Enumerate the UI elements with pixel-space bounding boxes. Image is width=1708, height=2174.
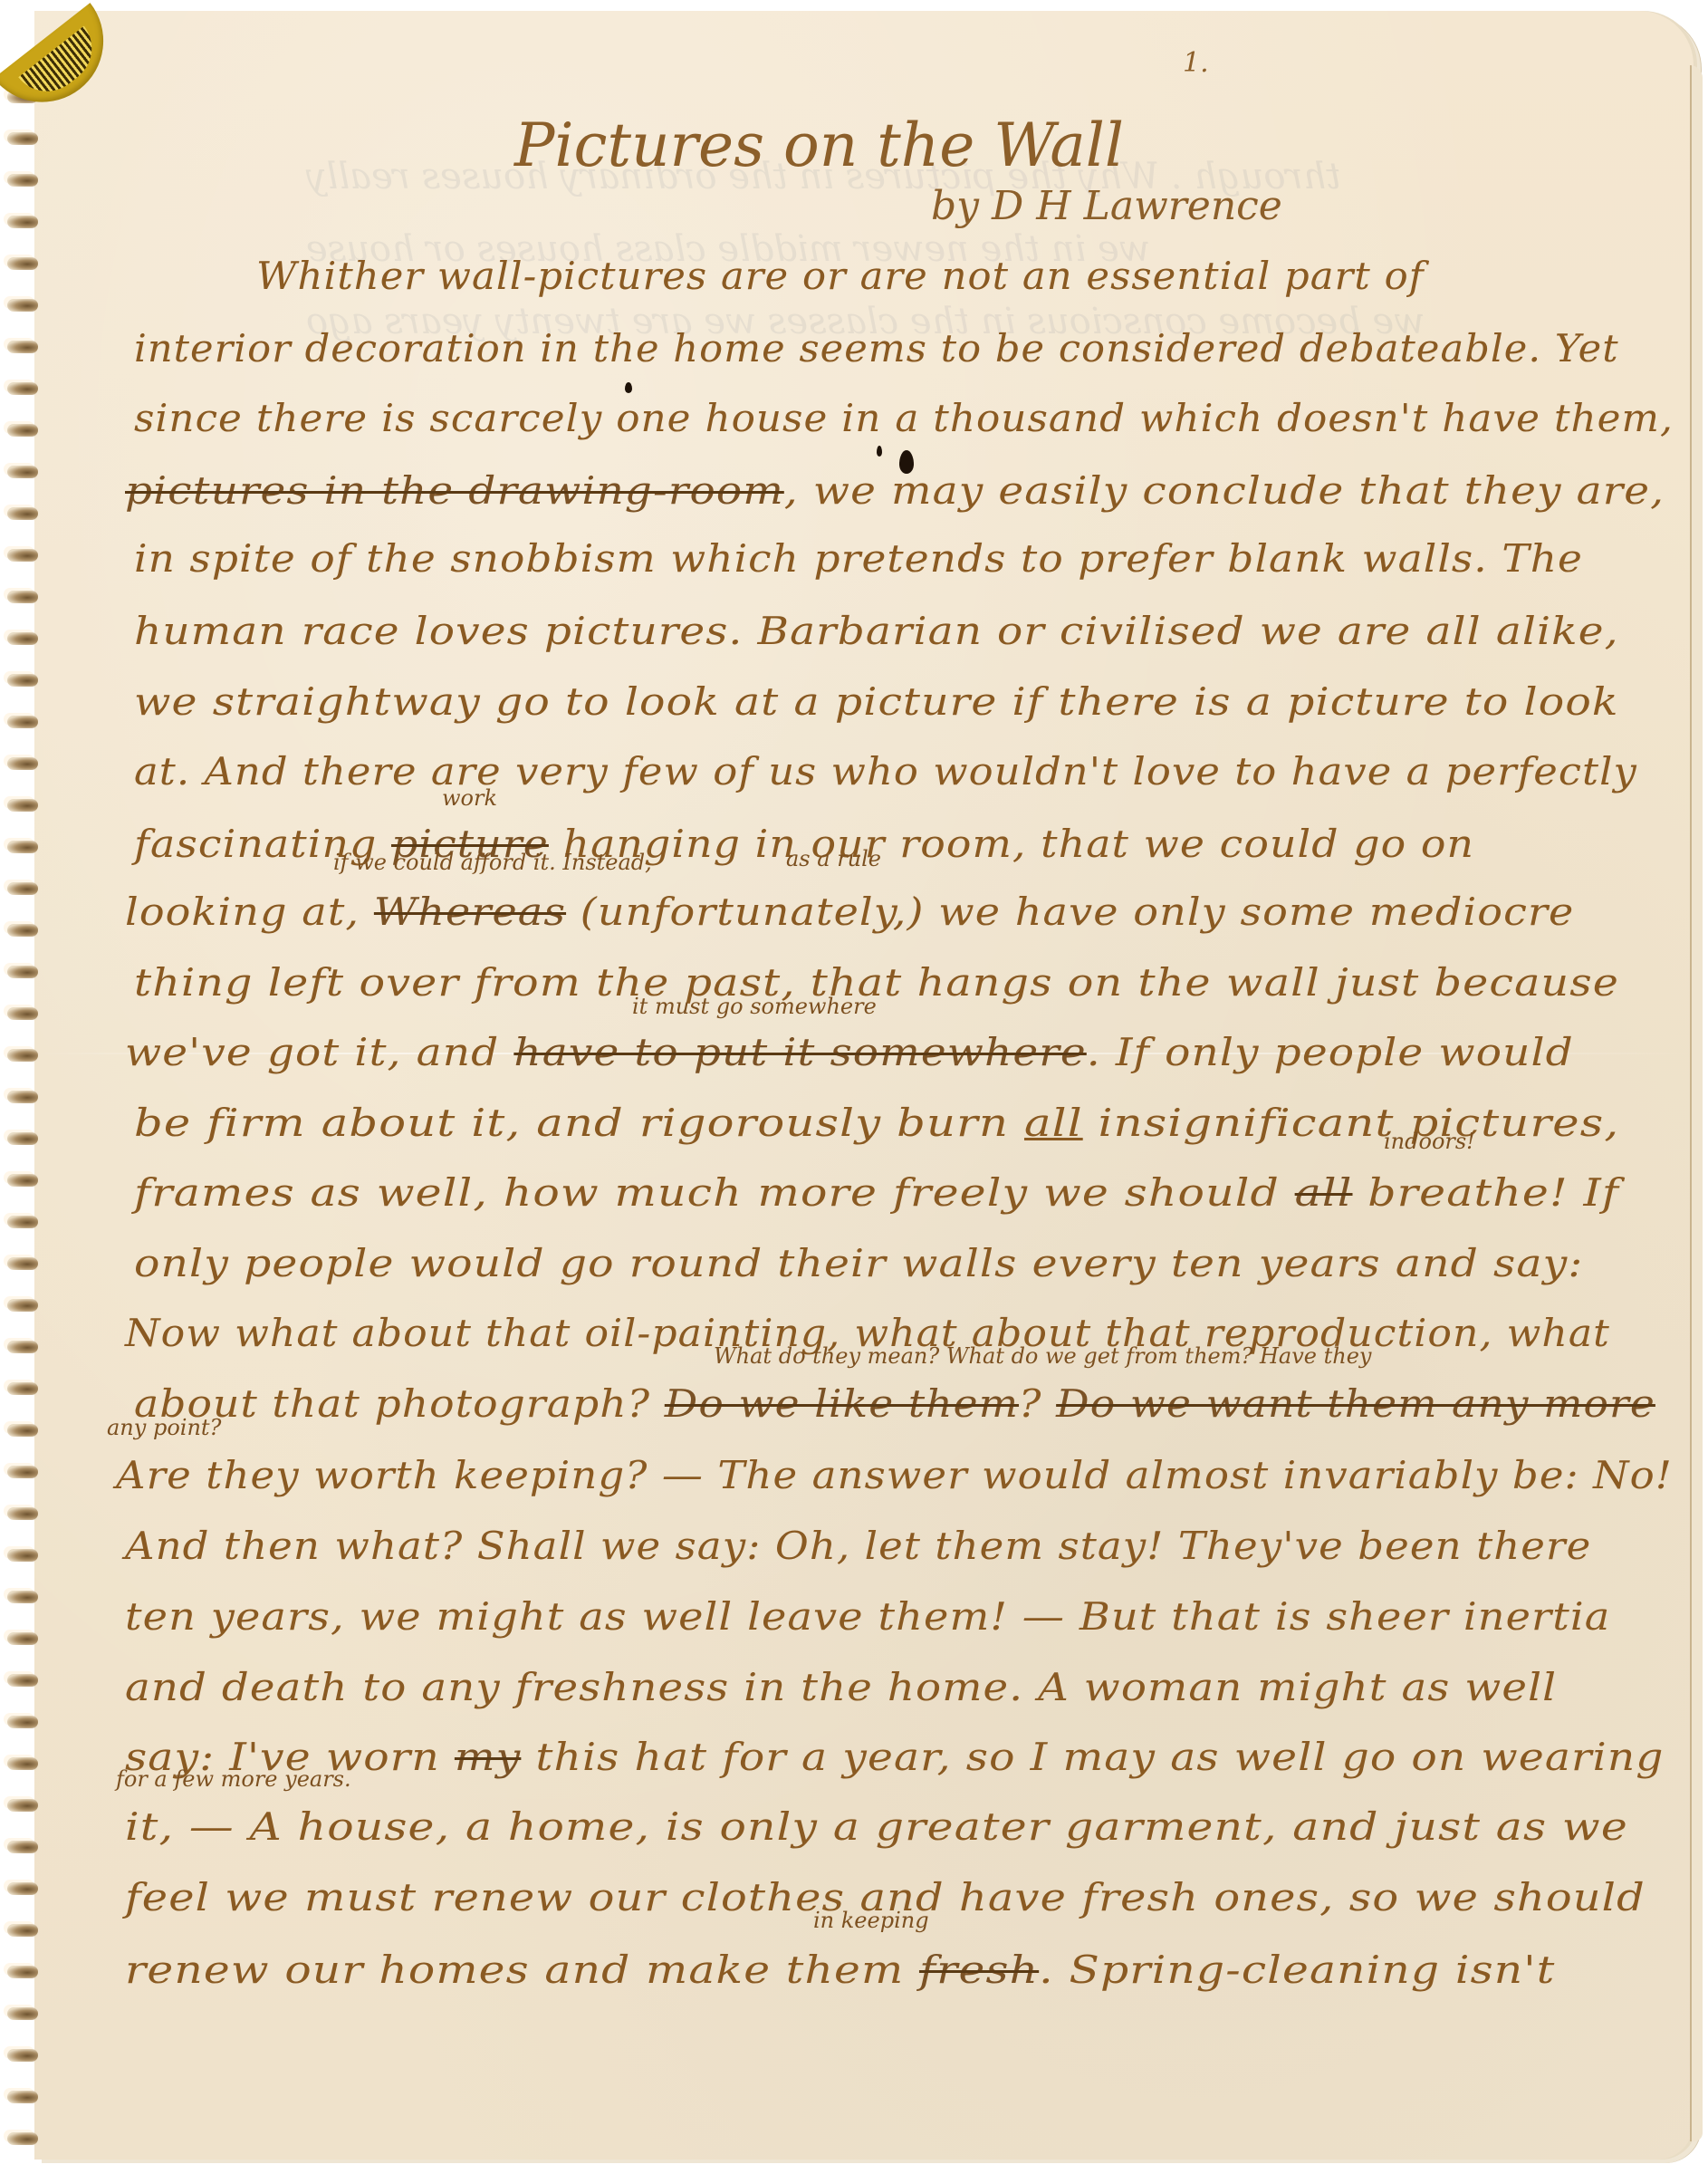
manuscript-line: renew our homes and make them fresh. Spr… [125,1948,1555,1992]
interlinear-insertion: work [442,785,497,811]
spiral-hole [7,1966,38,1978]
manuscript-line: frames as well, how much more freely we … [134,1170,1619,1215]
spiral-hole [7,591,38,603]
spiral-hole [7,1507,38,1520]
ink-blot [877,446,882,457]
line-text: and death to any freshness in the home. … [125,1665,1557,1709]
manuscript-line: we straightway go to look at a picture i… [134,679,1619,724]
struck-text: all [1295,1170,1353,1215]
spiral-hole [7,132,38,145]
line-text: in spite of the snobbism which pretends … [134,536,1583,581]
manuscript-line: pictures in the drawing-room, we may eas… [125,468,1665,513]
line-text: we straightway go to look at a picture i… [134,679,1619,724]
spiral-hole [7,841,38,853]
line-text: it, — A house, a home, is only a greater… [125,1804,1628,1849]
line-text: breathe! If [1353,1170,1620,1215]
line-text: hanging in our room, that we could go on [549,822,1474,866]
spiral-hole [7,2091,38,2103]
line-text: thing left over from the past, that hang… [134,960,1619,1005]
spiral-hole [7,799,38,812]
manuscript-line: human race loves pictures. Barbarian or … [134,609,1619,653]
spiral-hole [7,1007,38,1020]
spiral-hole [7,257,38,270]
line-text: this hat for a year, so I may as well go… [521,1735,1664,1779]
manuscript-line: Are they worth keeping? — The answer wou… [116,1453,1673,1497]
spiral-hole [7,1799,38,1812]
spiral-hole [7,1841,38,1853]
spiral-hole [7,1549,38,1562]
spiral-hole [7,1049,38,1062]
spiral-hole [7,1257,38,1270]
byline: by D H Lawrence [931,183,1282,229]
interlinear-insertion: if we could afford it. Instead, [333,850,652,875]
manuscript-line: And then what? Shall we say: Oh, let the… [125,1524,1591,1568]
line-text: human race loves pictures. Barbarian or … [134,609,1619,653]
struck-text: have to put it somewhere [513,1030,1086,1074]
line-text: , we may easily conclude that they are, [784,468,1665,513]
manuscript-line: only people would go round their walls e… [134,1241,1583,1285]
line-text: renew our homes and make them [125,1948,919,1992]
spiral-hole [7,2007,38,2020]
line-text: (unfortunately,) we have only some medio… [566,890,1574,934]
interlinear-insertion: indoors! [1384,1129,1475,1154]
manuscript-line: it, — A house, a home, is only a greater… [125,1804,1628,1849]
line-text: interior decoration in the home seems to… [134,326,1619,370]
manuscript-title: Pictures on the Wall [514,111,1124,180]
manuscript-line: in spite of the snobbism which pretends … [134,536,1583,581]
manuscript-line: since there is scarcely one house in a t… [134,396,1674,440]
struck-text: pictures in the drawing-room [125,468,784,513]
spiral-hole [7,757,38,770]
interlinear-insertion: in keeping [813,1908,929,1933]
spiral-hole [7,299,38,312]
manuscript-line: say: I've worn my this hat for a year, s… [125,1735,1665,1779]
interlinear-insertion: as a rule [786,846,881,871]
ink-blot [625,382,632,393]
manuscript-line: and death to any freshness in the home. … [125,1665,1557,1709]
spiral-hole [7,424,38,437]
spiral-hole [7,1674,38,1687]
manuscript-line: looking at, Whereas (unfortunately,) we … [125,890,1574,934]
struck-text: Do we want them any more [1056,1381,1655,1426]
spiral-hole [7,2049,38,2062]
spiral-hole [7,1299,38,1312]
line-text: insignificant pictures, [1083,1101,1620,1145]
interlinear-insertion: it must go somewhere [632,994,877,1019]
spiral-hole [7,1466,38,1478]
manuscript-line: ten years, we might as well leave them! … [125,1594,1610,1639]
manuscript-line: we've got it, and have to put it somewhe… [125,1030,1574,1074]
spiral-hole [7,1632,38,1645]
manuscript-line: at. And there are very few of us who wou… [134,749,1637,794]
page-stack-edge [1690,65,1703,2141]
spiral-hole [7,924,38,937]
line-text: frames as well, how much more freely we … [134,1170,1295,1215]
line-text: And then what? Shall we say: Oh, let the… [125,1524,1591,1568]
spiral-hole [7,1341,38,1353]
spiral-hole [7,1382,38,1395]
line-text: . If only people would [1087,1030,1574,1074]
line-text: ten years, we might as well leave them! … [125,1594,1610,1639]
manuscript-line: about that photograph? Do we like them? … [134,1381,1655,1426]
line-text: at. And there are very few of us who wou… [134,749,1637,794]
spiral-hole [7,174,38,187]
spiral-hole [7,549,38,562]
spiral-hole [7,1757,38,1770]
spiral-hole [7,1216,38,1228]
spiral-hole [7,1716,38,1728]
spiral-hole [7,674,38,687]
spiral-hole [7,1174,38,1187]
manuscript-line: interior decoration in the home seems to… [134,326,1619,370]
line-text: Are they worth keeping? — The answer wou… [116,1453,1673,1497]
interlinear-insertion: any point? [107,1415,221,1440]
line-text: since there is scarcely one house in a t… [134,396,1674,440]
line-text: . Spring-cleaning isn't [1039,1948,1555,1992]
interlinear-insertion: for a few more years. [116,1766,351,1792]
spiral-hole [7,466,38,478]
line-text: ? [1019,1381,1056,1426]
line-text: we've got it, and [125,1030,513,1074]
spiral-hole [7,1924,38,1937]
spiral-hole [7,2132,38,2145]
spiral-hole [7,507,38,520]
struck-text: Do we like them [665,1381,1019,1426]
spiral-hole [7,1882,38,1895]
line-text: be firm about it, and rigorously burn [134,1101,1024,1145]
line-text: only people would go round their walls e… [134,1241,1583,1285]
line-text: Whither wall-pictures are or are not an … [256,254,1425,298]
struck-text: Whereas [374,890,566,934]
underlined-text: all [1024,1101,1083,1145]
spiral-hole [7,216,38,228]
struck-text: my [455,1735,521,1779]
spiral-hole [7,341,38,353]
manuscript-line: thing left over from the past, that hang… [134,960,1619,1005]
manuscript-line: Whither wall-pictures are or are not an … [256,254,1425,298]
interlinear-insertion: What do they mean? What do we get from t… [714,1343,1371,1369]
struck-text: fresh [919,1948,1039,1992]
spiral-hole [7,632,38,645]
spiral-hole [7,1424,38,1437]
spiral-hole [7,1132,38,1145]
spiral-hole [7,882,38,895]
page-number: 1. [1183,47,1209,79]
spiral-hole [7,382,38,395]
spiral-hole [7,1091,38,1103]
spiral-hole [7,966,38,978]
line-text: looking at, [125,890,374,934]
manuscript-page: through . Why the pictures in the ordina… [34,11,1694,2160]
spiral-hole [7,1591,38,1603]
spiral-hole [7,716,38,728]
spiral-binding-holes [0,91,42,2156]
